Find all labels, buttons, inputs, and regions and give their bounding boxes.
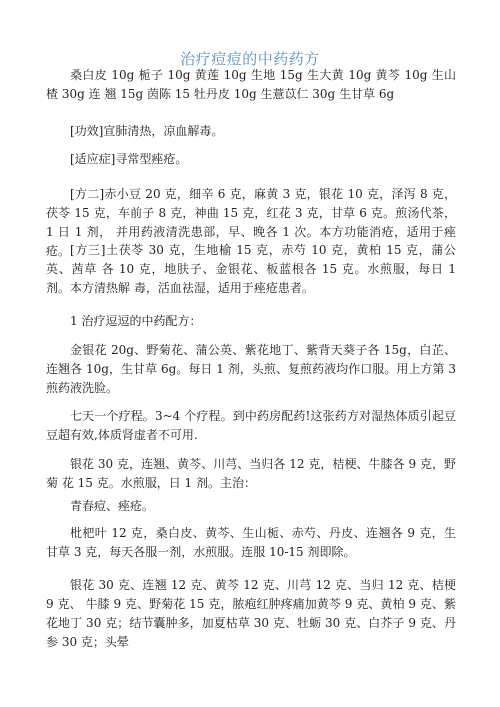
section-heading: 1 治疗逗逗的中药配方： [46, 312, 456, 331]
recipe-three-paragraph: [方三]土茯苓 30 克，生地榆 15 克，赤芍 10 克，黄柏 15 克，蒲公… [46, 241, 456, 298]
efficacy-paragraph: [功效]宣肺清热，凉血解毒。 [46, 122, 456, 141]
pipa-paragraph: 枇杷叶 12 克，桑白皮、黄芩、生山栀、赤芍、丹皮、连翘各 9 克，生甘草 3 … [46, 524, 456, 562]
course-paragraph: 七天一个疗程。3~4 个疗程。到中药房配药!这张药方对湿热体质引起豆豆超有效,体… [46, 407, 456, 445]
yinhua-paragraph: 银花 30 克，连翘、黄芩、川芎、当归各 12 克，桔梗、牛膝各 9 克，野菊 … [46, 455, 456, 493]
yinhua-variant-paragraph: 银花 30 克、连翘 12 克、黄芩 12 克、川芎 12 克、当归 12 克、… [46, 576, 456, 652]
ingredients-paragraph: 桑白皮 10g 栀子 10g 黄莲 10g 生地 15g 生大黄 10g 黄芩 … [46, 66, 456, 104]
indication-paragraph: [适应症]寻常型痤疮。 [46, 150, 456, 169]
formula-paragraph: 金银花 20g、野菊花、蒲公英、紫花地丁、紫背天葵子各 15g，白芷、连翘各 1… [46, 341, 456, 398]
indication-text: 青春痘、痤疮。 [46, 497, 456, 516]
